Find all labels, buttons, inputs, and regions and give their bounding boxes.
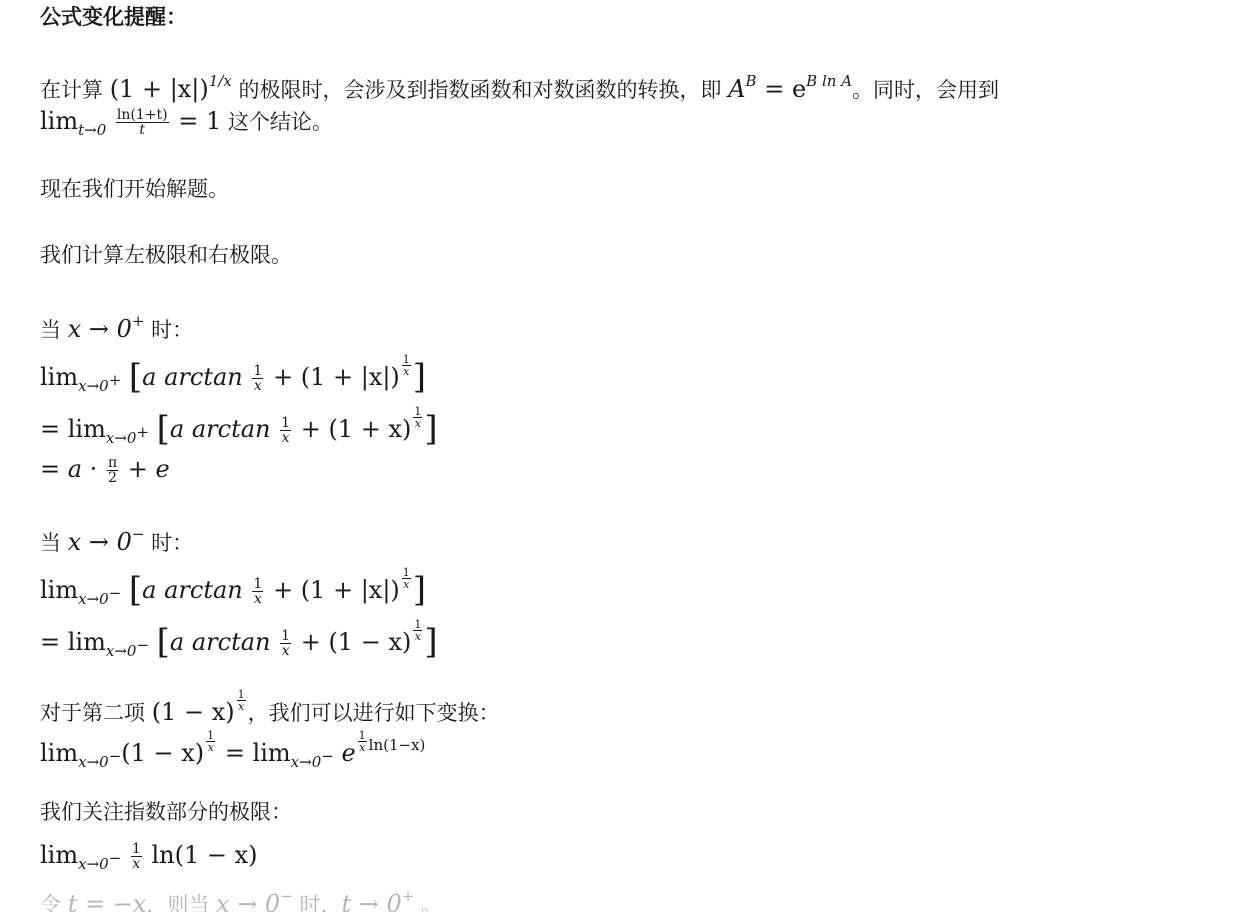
- math-expr-power: (1 + |x|)1/x: [110, 75, 232, 103]
- left-limit-row-1: limx→0− [a arctan 1x + (1 + |x|)1x]: [40, 567, 426, 614]
- exponent-part-limit: limx→0− 1x ln(1 − x): [40, 840, 258, 879]
- intro-line-1: 在计算 (1 + |x|)1/x 的极限时，会涉及到指数函数和对数函数的转换，即…: [40, 66, 999, 105]
- second-term-equation: limx→0−(1 − x)1x = limx→0− e1xln(1−x): [40, 730, 425, 777]
- math-expr-identity: AB = eB ln A: [728, 75, 852, 103]
- intro-line-2: limt→0 ln(1+t)t = 1 这个结论。: [40, 106, 333, 145]
- exponent-part-text: 我们关注指数部分的极限：: [40, 797, 292, 827]
- left-limit-label: 当 x → 0− 时：: [40, 519, 193, 558]
- para-start: 现在我们开始解题。: [40, 174, 229, 204]
- right-limit-row-1: limx→0+ [a arctan 1x + (1 + |x|)1x]: [40, 354, 426, 401]
- para-compute: 我们计算左极限和右极限。: [40, 240, 292, 270]
- intro-text-end: 。同时，会用到: [852, 78, 999, 102]
- intro-text-mid: 的极限时，会涉及到指数函数和对数函数的转换，即: [239, 78, 722, 102]
- math-lim-log: limt→0 ln(1+t)t = 1: [40, 107, 221, 135]
- right-limit-row-3: = a · π2 + e: [40, 454, 170, 485]
- intro-text-prefix: 在计算: [40, 78, 103, 102]
- left-limit-row-2: = limx→0− [a arctan 1x + (1 − x)1x]: [40, 619, 438, 666]
- intro-conclusion-text: 这个结论。: [228, 110, 333, 134]
- right-limit-row-2: = limx→0+ [a arctan 1x + (1 + x)1x]: [40, 406, 438, 453]
- heading: 公式变化提醒：: [40, 2, 187, 32]
- substitution-line: 令 t = −x，则当 x → 0− 时，t → 0+ 。: [40, 881, 442, 912]
- second-term-text: 对于第二项 (1 − x)1x，我们可以进行如下变换：: [40, 689, 500, 728]
- right-limit-label: 当 x → 0+ 时：: [40, 306, 193, 345]
